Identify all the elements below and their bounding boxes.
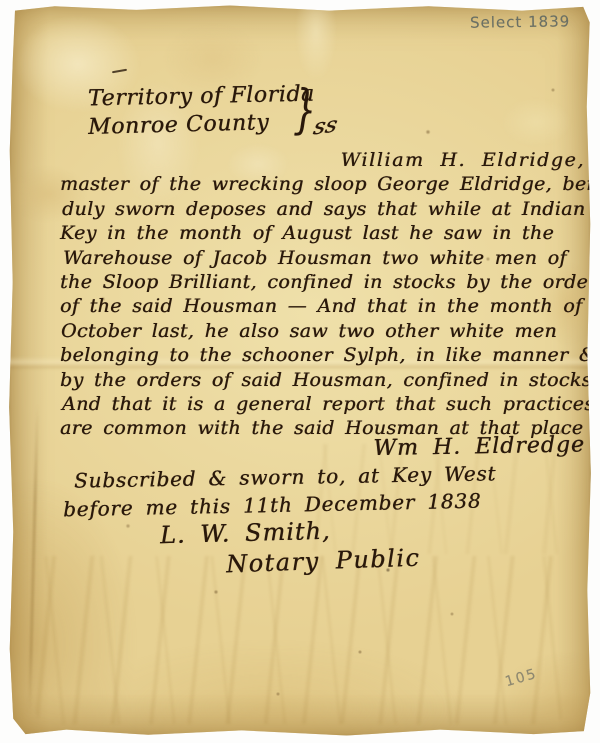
manuscript-line: the Sloop Brilliant, confined in stocks … (60, 270, 585, 294)
vertical-fold-line (28, 404, 39, 714)
notary-title: Notary Public (226, 544, 421, 579)
manuscript-line: And that it is a general report that suc… (62, 392, 585, 416)
manuscript-line: of the said Housman — And that in the mo… (60, 294, 585, 318)
deposition-body: William H. Eldridge, master of the wreck… (60, 148, 585, 441)
manuscript-line: October last, he also saw two other whit… (61, 319, 585, 343)
attestation-date-line: before me this 11th December 1838 (63, 489, 482, 522)
manuscript-line: by the orders of said Housman, confined … (60, 368, 585, 392)
manuscript-line: Key in the month of August last he saw i… (60, 221, 585, 245)
scilicet-ss-mark: ss (311, 113, 339, 141)
manuscript-line: belonging to the schooner Sylph, in like… (60, 343, 585, 367)
page-number-pencil-note: 105 (503, 666, 539, 690)
county-line: Monroe County (88, 109, 315, 140)
ink-bleedthrough (36, 556, 564, 724)
stray-pen-mark (112, 69, 127, 74)
manuscript-line: William H. Eldridge, (60, 148, 585, 172)
place-heading: Territory of Florida Monroe County (88, 84, 315, 137)
notary-signature: L. W. Smith, (160, 517, 331, 549)
photograph-background: Select 1839 Territory of Florida Monroe … (0, 0, 600, 743)
manuscript-line: Warehouse of Jacob Housman two white men… (63, 246, 585, 270)
manuscript-page: Select 1839 Territory of Florida Monroe … (8, 4, 592, 737)
manuscript-line: duly sworn deposes and says that while a… (62, 197, 585, 221)
territory-line: Territory of Florida (88, 82, 315, 112)
attestation-line: Subscribed & sworn to, at Key West (74, 461, 497, 492)
archival-pencil-note: Select 1839 (470, 12, 570, 31)
manuscript-line: master of the wrecking sloop George Eldr… (60, 172, 585, 196)
